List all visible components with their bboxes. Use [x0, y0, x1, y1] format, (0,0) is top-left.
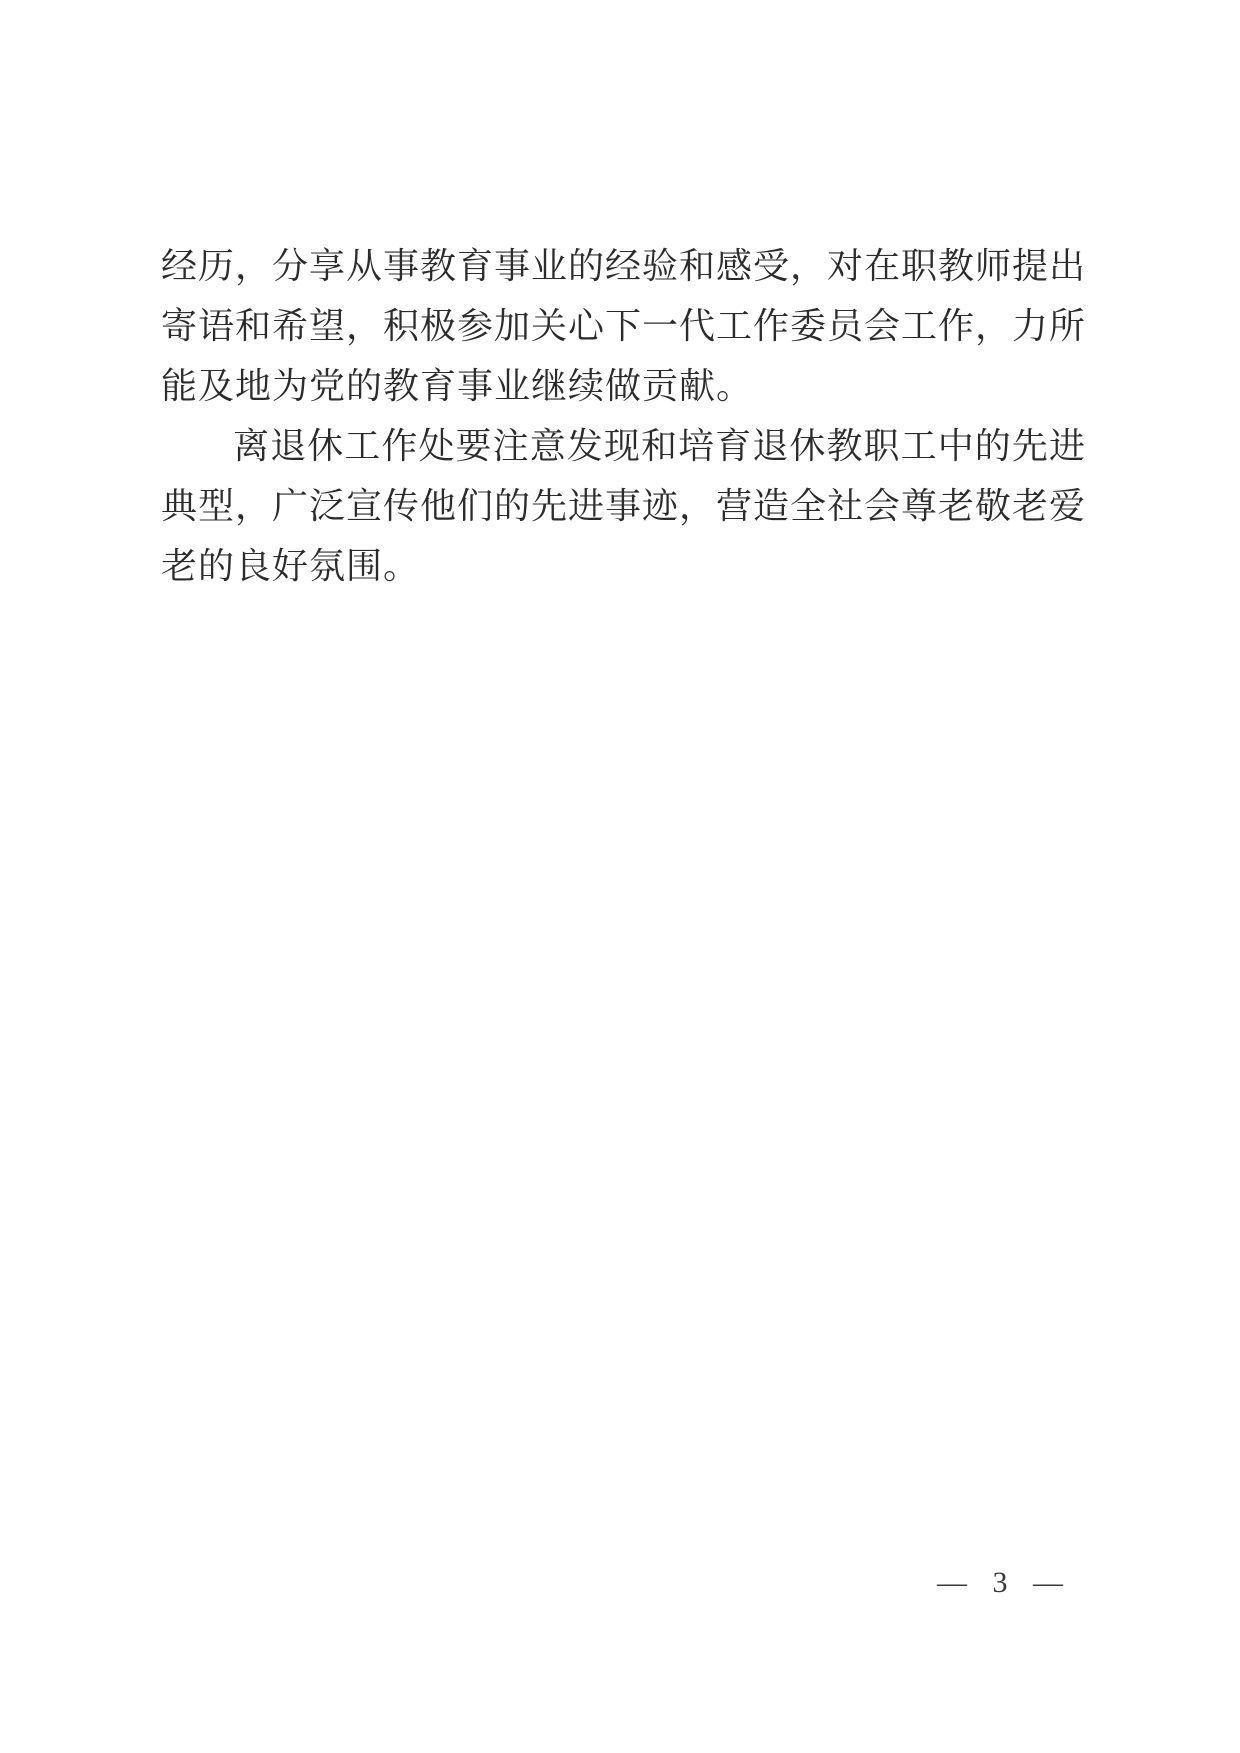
body-paragraph-1: 经历，分享从事教育事业的经验和感受，对在职教师提出寄语和希望，积极参加关心下一代… [161, 236, 1086, 416]
body-paragraph-2: 离退休工作处要注意发现和培育退休教职工中的先进典型，广泛宣传他们的先进事迹，营造… [161, 416, 1086, 596]
document-page: 经历，分享从事教育事业的经验和感受，对在职教师提出寄语和希望，积极参加关心下一代… [0, 0, 1240, 1753]
page-number: — 3 — [937, 1566, 1068, 1600]
document-body: 经历，分享从事教育事业的经验和感受，对在职教师提出寄语和希望，积极参加关心下一代… [161, 236, 1086, 596]
